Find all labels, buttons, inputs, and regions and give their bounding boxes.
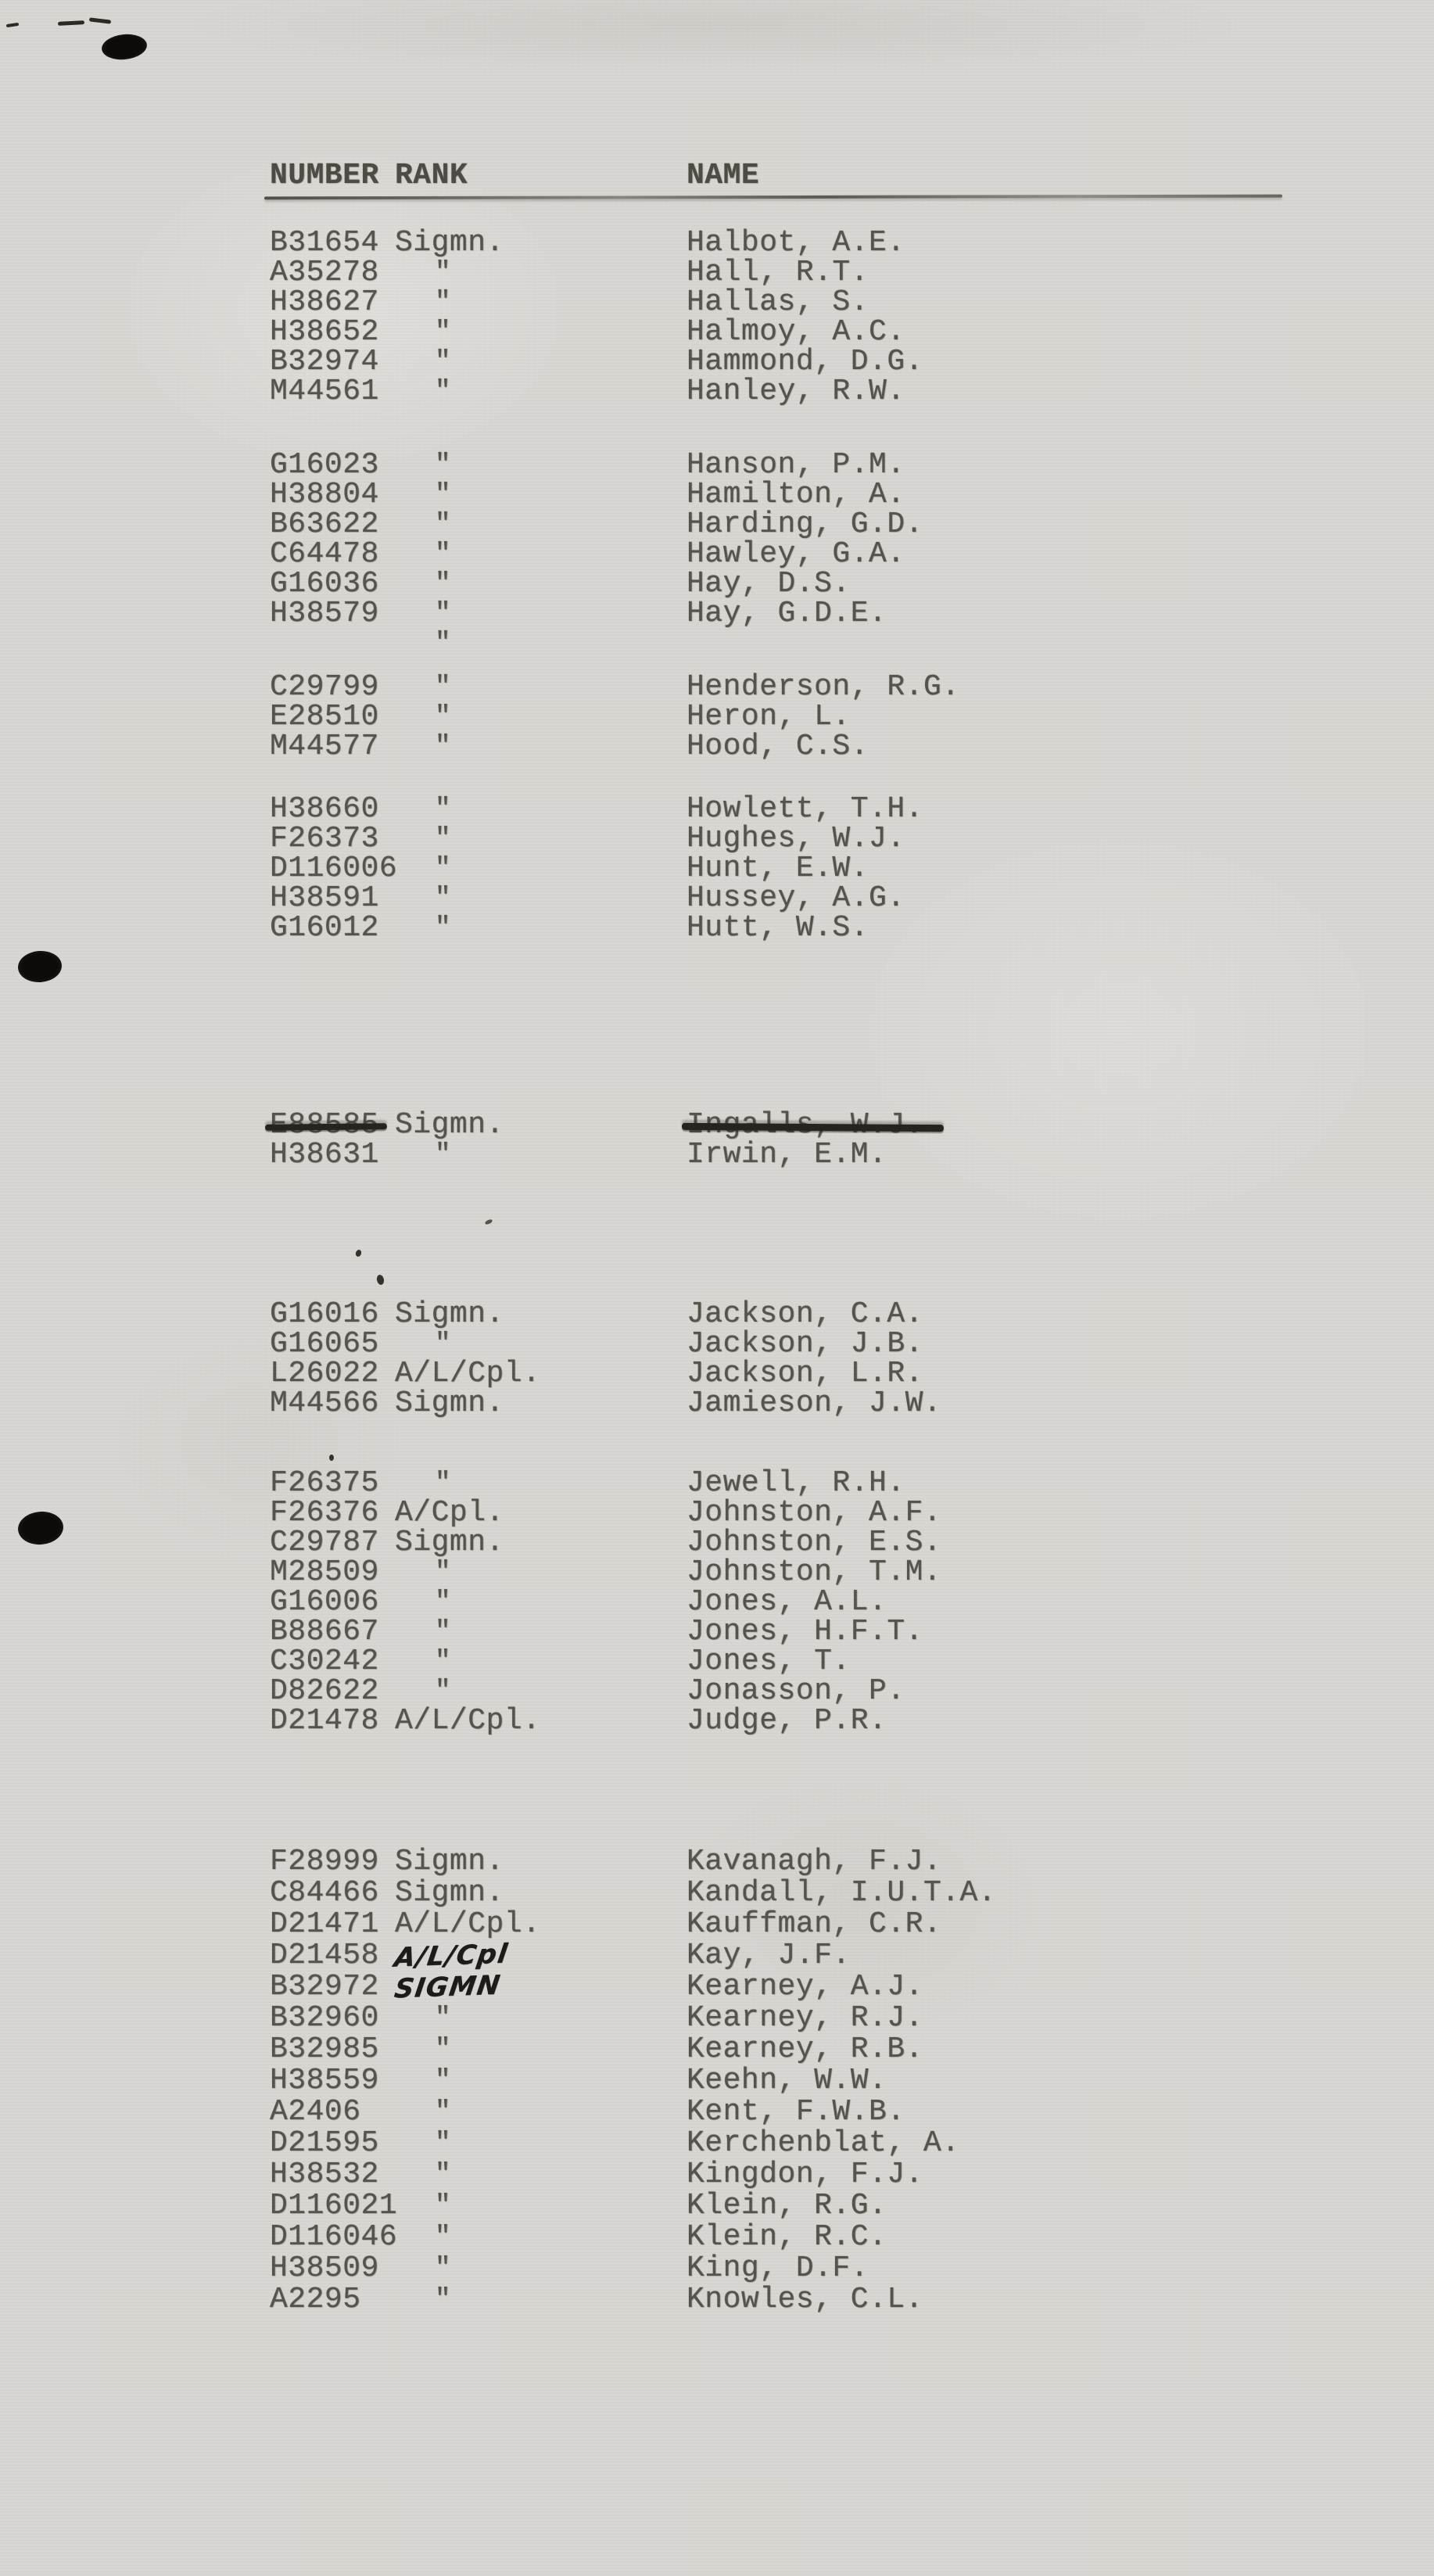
roster-row: G16016Sigmn.Jackson, C.A. <box>0 1300 1434 1329</box>
roster-row: D116021"Klein, R.G. <box>0 2191 1434 2221</box>
roster-row: F26373"Hughes, W.J. <box>0 824 1434 854</box>
roster-row: G16036"Hay, D.S. <box>0 569 1434 599</box>
roster-row: G16023"Hanson, P.M. <box>0 450 1434 480</box>
roster-row: H38532"Kingdon, F.J. <box>0 2160 1434 2190</box>
name-cell: Hawley, G.A. <box>687 540 905 569</box>
roster-row: M44561"Hanley, R.W. <box>0 377 1434 407</box>
handwritten-rank-cell: A/L/Cpl <box>393 1939 510 1972</box>
name-cell: Klein, R.G. <box>687 2191 887 2221</box>
roster-row: A2295"Knowles, C.L. <box>0 2285 1434 2315</box>
roster-row: " <box>0 629 1434 658</box>
name-cell: Hughes, W.J. <box>687 824 905 854</box>
ink-speck <box>355 1249 363 1258</box>
ditto-mark: " <box>435 288 451 318</box>
service-number-cell: F26376 <box>270 1498 379 1528</box>
service-number-cell: H38804 <box>270 480 379 510</box>
service-number-cell: E28510 <box>270 702 379 732</box>
roster-row: C64478"Hawley, G.A. <box>0 540 1434 569</box>
ditto-mark: " <box>435 2191 451 2221</box>
service-number-cell: H38652 <box>270 318 379 347</box>
roster-row: F26376A/Cpl.Johnston, A.F. <box>0 1498 1434 1528</box>
name-cell: Kingdon, F.J. <box>687 2160 923 2190</box>
service-number-cell: B32972 <box>270 1972 379 2002</box>
service-number-cell: F28999 <box>270 1847 379 1877</box>
service-number-cell: D21595 <box>270 2129 379 2158</box>
name-cell: Jackson, L.R. <box>687 1359 923 1389</box>
name-cell: Kandall, I.U.T.A. <box>687 1878 996 1908</box>
handwritten-rank-cell: SIGMN <box>393 1971 503 2004</box>
name-cell: Hussey, A.G. <box>687 884 905 913</box>
ink-speck <box>329 1455 334 1461</box>
service-number-cell: H38631 <box>270 1140 379 1170</box>
header-underline <box>264 195 1282 200</box>
roster-row: B88667"Jones, H.F.T. <box>0 1617 1434 1647</box>
roster-row: H38804"Hamilton, A. <box>0 480 1434 510</box>
service-number-cell: D82622 <box>270 1677 379 1706</box>
roster-row: B63622"Harding, G.D. <box>0 510 1434 540</box>
name-cell: Hunt, E.W. <box>687 854 869 884</box>
name-cell: Hutt, W.S. <box>687 913 869 943</box>
name-cell: Heron, L. <box>687 702 851 732</box>
service-number-cell: F26373 <box>270 824 379 854</box>
roster-row: A2406"Kent, F.W.B. <box>0 2097 1434 2127</box>
rank-cell: Sigmn. <box>395 228 504 258</box>
service-number-cell: A2295 <box>270 2285 361 2315</box>
name-cell: Jackson, J.B. <box>687 1329 923 1359</box>
rank-cell: Sigmn. <box>395 1389 504 1419</box>
ditto-mark: " <box>435 2035 451 2065</box>
name-cell: Hay, D.S. <box>687 569 851 599</box>
roster-row: F28999Sigmn.Kavanagh, F.J. <box>0 1847 1434 1877</box>
roster-row: D82622"Jonasson, P. <box>0 1677 1434 1706</box>
service-number-cell: E88585 <box>270 1110 379 1140</box>
name-cell: Hay, G.D.E. <box>687 599 887 629</box>
ditto-mark: " <box>435 2129 451 2158</box>
ditto-mark: " <box>435 1469 451 1498</box>
roster-row: B32960"Kearney, R.J. <box>0 2004 1434 2033</box>
service-number-cell: H38660 <box>270 795 379 824</box>
service-number-cell: H38559 <box>270 2066 379 2096</box>
name-cell: Johnston, A.F. <box>687 1498 941 1528</box>
ditto-mark: " <box>435 673 451 702</box>
name-cell: Henderson, R.G. <box>687 673 960 702</box>
service-number-cell: G16012 <box>270 913 379 943</box>
name-cell: Judge, P.R. <box>687 1706 887 1736</box>
roster-row: M28509"Johnston, T.M. <box>0 1558 1434 1588</box>
punch-hole <box>17 949 63 984</box>
name-cell: Hood, C.S. <box>687 732 869 762</box>
name-cell: Hanley, R.W. <box>687 377 905 407</box>
rank-cell: A/L/Cpl. <box>395 1706 540 1736</box>
roster-row: B32972SIGMNKearney, A.J. <box>0 1972 1434 2002</box>
service-number-cell: M44577 <box>270 732 379 762</box>
service-number-cell: G16016 <box>270 1300 379 1329</box>
rank-cell: Sigmn. <box>395 1847 504 1877</box>
name-cell: Hall, R.T. <box>687 258 869 288</box>
roster-row: D21595"Kerchenblat, A. <box>0 2129 1434 2158</box>
ditto-mark: " <box>435 2160 451 2190</box>
ditto-mark: " <box>435 913 451 943</box>
name-cell: Johnston, E.S. <box>687 1528 941 1558</box>
roster-row: E28510"Heron, L. <box>0 702 1434 732</box>
service-number-cell: H38627 <box>270 288 379 318</box>
pen-mark <box>58 20 84 26</box>
ditto-mark: " <box>435 2004 451 2033</box>
ditto-mark: " <box>435 884 451 913</box>
service-number-cell: D21478 <box>270 1706 379 1736</box>
column-header-number: NUMBER <box>270 161 379 191</box>
name-cell: Hamilton, A. <box>687 480 905 510</box>
service-number-cell: G16036 <box>270 569 379 599</box>
ditto-mark: " <box>435 540 451 569</box>
roster-row: E88585Sigmn.Ingalls, W.J. <box>0 1110 1434 1140</box>
ditto-mark: " <box>435 795 451 824</box>
service-number-cell: H38509 <box>270 2254 379 2284</box>
roster-row: H38652"Halmoy, A.C. <box>0 318 1434 347</box>
roster-row: G16006"Jones, A.L. <box>0 1588 1434 1617</box>
roster-row: D21458A/L/CplKay, J.F. <box>0 1941 1434 1971</box>
service-number-cell: G16065 <box>270 1329 379 1359</box>
roster-row: H38660"Howlett, T.H. <box>0 795 1434 824</box>
rank-cell: Sigmn. <box>395 1110 504 1140</box>
roster-row: C29799"Henderson, R.G. <box>0 673 1434 702</box>
name-cell: Kearney, R.B. <box>687 2035 923 2065</box>
roster-row: F26375"Jewell, R.H. <box>0 1469 1434 1498</box>
service-number-cell: B88667 <box>270 1617 379 1647</box>
name-cell: Kent, F.W.B. <box>687 2097 905 2127</box>
service-number-cell: D21471 <box>270 1910 379 1939</box>
service-number-cell: C64478 <box>270 540 379 569</box>
service-number-cell: A2406 <box>270 2097 361 2127</box>
roster-row: H38559"Keehn, W.W. <box>0 2066 1434 2096</box>
roster-row: C30242"Jones, T. <box>0 1647 1434 1677</box>
service-number-cell: D116046 <box>270 2223 397 2252</box>
ditto-mark: " <box>435 629 451 658</box>
roster-row: B32974"Hammond, D.G. <box>0 347 1434 377</box>
service-number-cell: C29799 <box>270 673 379 702</box>
ditto-mark: " <box>435 824 451 854</box>
name-cell: Johnston, T.M. <box>687 1558 941 1588</box>
roster-row: A35278"Hall, R.T. <box>0 258 1434 288</box>
service-number-cell: H38532 <box>270 2160 379 2190</box>
service-number-cell: D116021 <box>270 2191 397 2221</box>
service-number-cell: H38579 <box>270 599 379 629</box>
name-cell: Keehn, W.W. <box>687 2066 887 2096</box>
ditto-mark: " <box>435 510 451 540</box>
ditto-mark: " <box>435 732 451 762</box>
name-cell: Ingalls, W.J. <box>687 1110 923 1140</box>
column-header-name: NAME <box>687 161 759 191</box>
name-cell: Jones, T. <box>687 1647 851 1677</box>
name-cell: Knowles, C.L. <box>687 2285 923 2315</box>
service-number-cell: C84466 <box>270 1878 379 1908</box>
service-number-cell: B32974 <box>270 347 379 377</box>
pen-mark <box>89 17 111 23</box>
roster-row: L26022A/L/Cpl.Jackson, L.R. <box>0 1359 1434 1389</box>
name-cell: Kearney, R.J. <box>687 2004 923 2033</box>
name-cell: Jewell, R.H. <box>687 1469 905 1498</box>
ditto-mark: " <box>435 347 451 377</box>
ditto-mark: " <box>435 1329 451 1359</box>
name-cell: Halmoy, A.C. <box>687 318 905 347</box>
service-number-cell: G16023 <box>270 450 379 480</box>
service-number-cell: B31654 <box>270 228 379 258</box>
punch-hole <box>100 32 148 62</box>
service-number-cell: C29787 <box>270 1528 379 1558</box>
service-number-cell: A35278 <box>270 258 379 288</box>
roster-row: H38591"Hussey, A.G. <box>0 884 1434 913</box>
ditto-mark: " <box>435 2066 451 2096</box>
ditto-mark: " <box>435 2254 451 2284</box>
service-number-cell: M28509 <box>270 1558 379 1588</box>
roster-row: H38627"Hallas, S. <box>0 288 1434 318</box>
name-cell: Kearney, A.J. <box>687 1972 923 2002</box>
rank-cell: A/L/Cpl. <box>395 1359 540 1389</box>
ditto-mark: " <box>435 480 451 510</box>
roster-row: M44577"Hood, C.S. <box>0 732 1434 762</box>
roster-row: C84466Sigmn.Kandall, I.U.T.A. <box>0 1878 1434 1908</box>
roster-row: M44566Sigmn.Jamieson, J.W. <box>0 1389 1434 1419</box>
ditto-mark: " <box>435 2223 451 2252</box>
scanned-document-page: NUMBER RANK NAME B31654Sigmn.Halbot, A.E… <box>0 0 1434 2576</box>
roster-row: D116046"Klein, R.C. <box>0 2223 1434 2252</box>
service-number-cell: B32985 <box>270 2035 379 2065</box>
service-number-cell: F26375 <box>270 1469 379 1498</box>
service-number-cell: H38591 <box>270 884 379 913</box>
rank-cell: Sigmn. <box>395 1878 504 1908</box>
roster-row: G16065"Jackson, J.B. <box>0 1329 1434 1359</box>
roster-row: H38509"King, D.F. <box>0 2254 1434 2284</box>
service-number-cell: D116006 <box>270 854 397 884</box>
name-cell: Jones, A.L. <box>687 1588 887 1617</box>
roster-row: B31654Sigmn.Halbot, A.E. <box>0 228 1434 258</box>
roster-row: D21478A/L/Cpl.Judge, P.R. <box>0 1706 1434 1736</box>
name-cell: Jones, H.F.T. <box>687 1617 923 1647</box>
name-cell: Howlett, T.H. <box>687 795 923 824</box>
name-cell: Kerchenblat, A. <box>687 2129 960 2158</box>
name-cell: King, D.F. <box>687 2254 869 2284</box>
service-number-cell: M44566 <box>270 1389 379 1419</box>
ditto-mark: " <box>435 1558 451 1588</box>
ditto-mark: " <box>435 318 451 347</box>
service-number-cell: M44561 <box>270 377 379 407</box>
ditto-mark: " <box>435 258 451 288</box>
ditto-mark: " <box>435 599 451 629</box>
service-number-cell: B63622 <box>270 510 379 540</box>
name-cell: Jamieson, J.W. <box>687 1389 941 1419</box>
ink-speck <box>376 1274 385 1286</box>
ditto-mark: " <box>435 450 451 480</box>
service-number-cell: G16006 <box>270 1588 379 1617</box>
name-cell: Halbot, A.E. <box>687 228 905 258</box>
name-cell: Harding, G.D. <box>687 510 923 540</box>
roster-row: D21471A/L/Cpl.Kauffman, C.R. <box>0 1910 1434 1939</box>
roster-row: G16012"Hutt, W.S. <box>0 913 1434 943</box>
ditto-mark: " <box>435 2097 451 2127</box>
rank-cell: A/L/Cpl. <box>395 1910 540 1939</box>
roster-row: C29787Sigmn.Johnston, E.S. <box>0 1528 1434 1558</box>
ditto-mark: " <box>435 569 451 599</box>
ditto-mark: " <box>435 1617 451 1647</box>
name-cell: Hanson, P.M. <box>687 450 905 480</box>
name-cell: Kay, J.F. <box>687 1941 851 1971</box>
rank-cell: Sigmn. <box>395 1300 504 1329</box>
rank-cell: A/Cpl. <box>395 1498 504 1528</box>
service-number-cell: C30242 <box>270 1647 379 1677</box>
roster-row: B32985"Kearney, R.B. <box>0 2035 1434 2065</box>
roster-row: H38631"Irwin, E.M. <box>0 1140 1434 1170</box>
ditto-mark: " <box>435 1647 451 1677</box>
ditto-mark: " <box>435 2285 451 2315</box>
service-number-cell: B32960 <box>270 2004 379 2033</box>
ditto-mark: " <box>435 854 451 884</box>
ditto-mark: " <box>435 1588 451 1617</box>
rank-cell: Sigmn. <box>395 1528 504 1558</box>
ditto-mark: " <box>435 377 451 407</box>
ink-speck <box>484 1218 493 1225</box>
ditto-mark: " <box>435 1140 451 1170</box>
name-cell: Jonasson, P. <box>687 1677 905 1706</box>
roster-row: H38579"Hay, G.D.E. <box>0 599 1434 629</box>
ditto-mark: " <box>435 702 451 732</box>
roster-row: D116006"Hunt, E.W. <box>0 854 1434 884</box>
name-cell: Irwin, E.M. <box>687 1140 887 1170</box>
name-cell: Hammond, D.G. <box>687 347 923 377</box>
name-cell: Hallas, S. <box>687 288 869 318</box>
name-cell: Jackson, C.A. <box>687 1300 923 1329</box>
pen-mark <box>6 23 19 27</box>
name-cell: Kavanagh, F.J. <box>687 1847 941 1877</box>
ditto-mark: " <box>435 1677 451 1706</box>
name-cell: Klein, R.C. <box>687 2223 887 2252</box>
service-number-cell: L26022 <box>270 1359 379 1389</box>
name-cell: Kauffman, C.R. <box>687 1910 941 1939</box>
column-header-rank: RANK <box>395 161 468 191</box>
service-number-cell: D21458 <box>270 1941 379 1971</box>
